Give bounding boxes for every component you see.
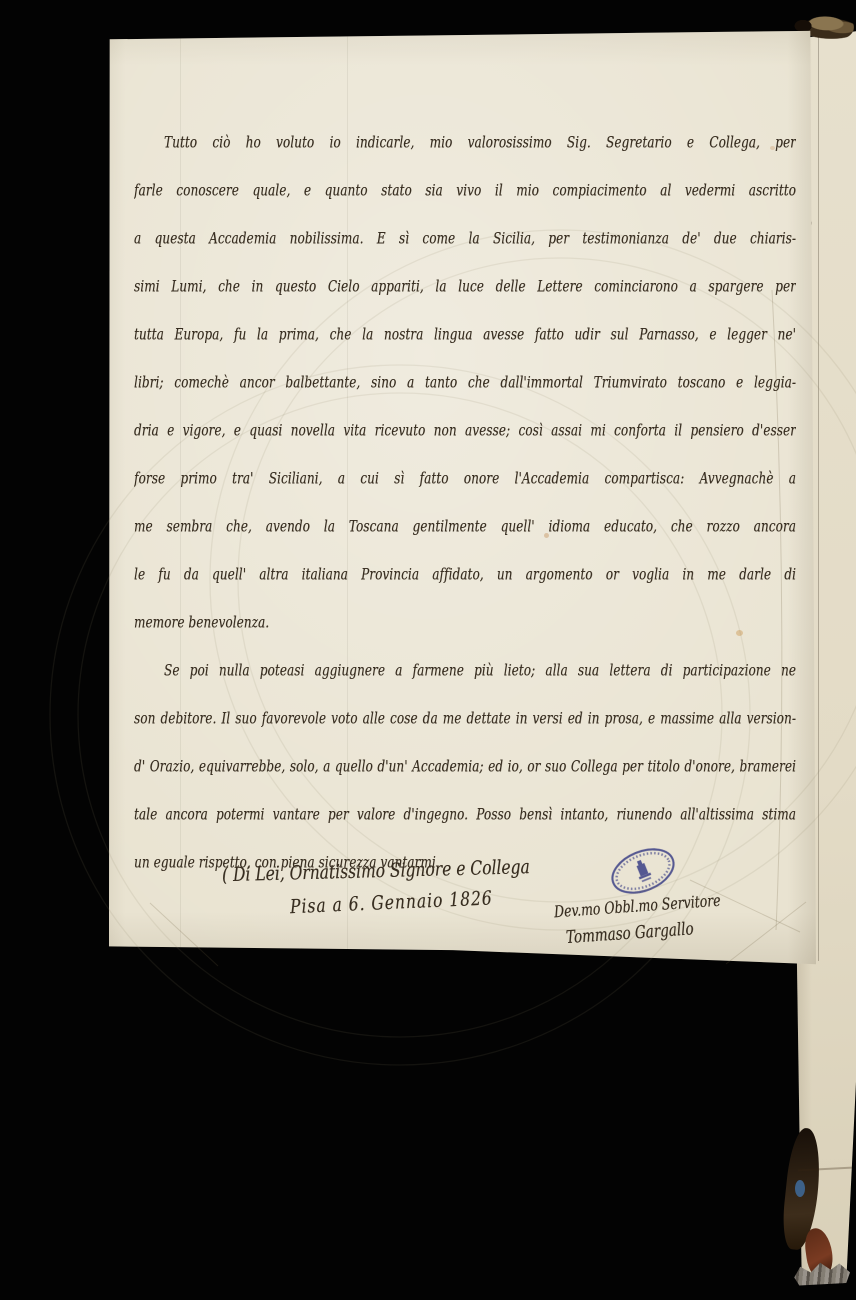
signature-name: Tommaso Gargallo (565, 919, 694, 949)
letter-page: Tutto ciò ho voluto io indicarle, mio va… (104, 28, 816, 968)
manuscript-scan: Tutto ciò ho voluto io indicarle, mio va… (0, 0, 856, 1300)
page-fold-seam (818, 36, 819, 961)
binding-blue-mark (795, 1180, 805, 1197)
letter-body: Tutto ciò ho voluto io indicarle, mio va… (134, 118, 796, 886)
